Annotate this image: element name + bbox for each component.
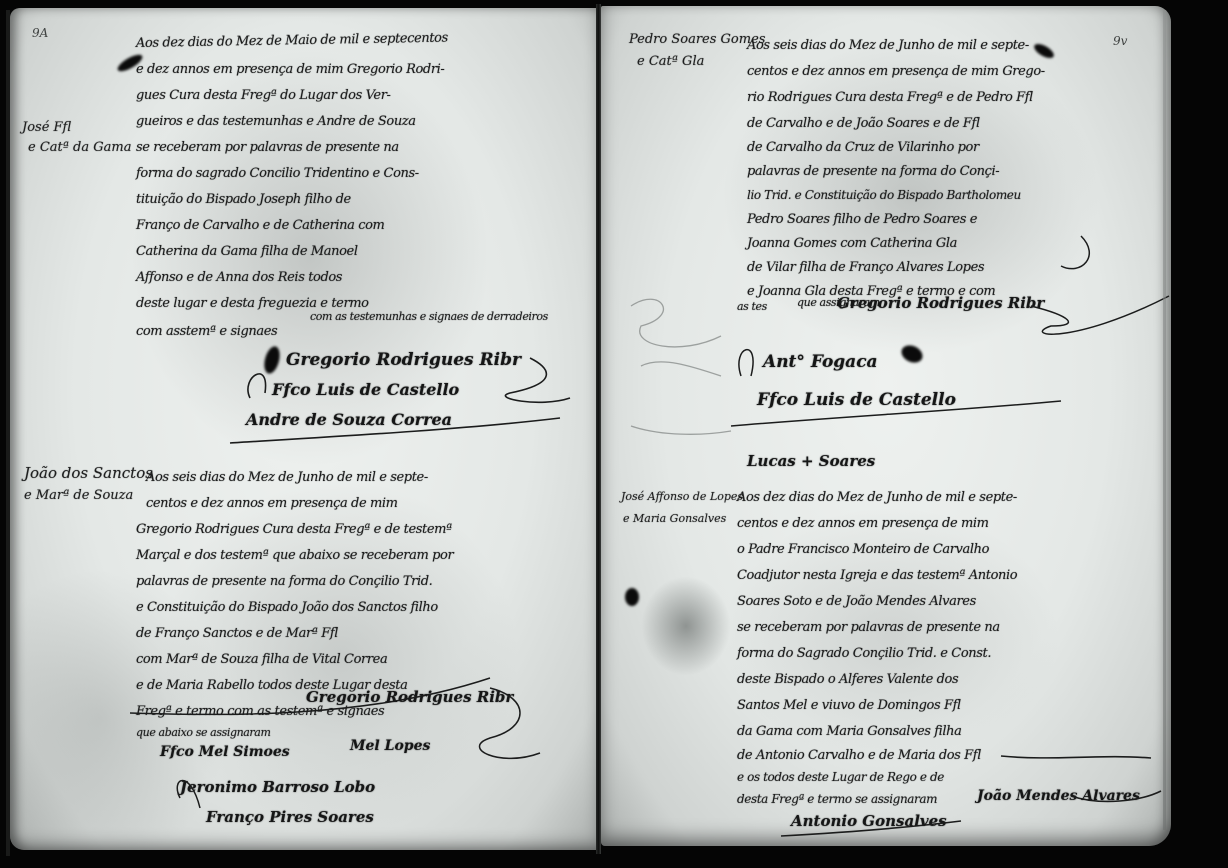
signature-flourish-icon [721,746,1171,846]
margin-note-groom: José Ffl [22,120,71,135]
entry-line: Gregorio Rodrigues Cura desta Fregª e de… [136,522,452,537]
signature-flourish-icon [110,658,550,838]
margin-note-bride: e Catª Gla [637,54,704,69]
entry-line: deste lugar e desta freguezia e termo [136,296,369,311]
entry-line: e dez annos em presença de mim Gregorio … [136,62,444,77]
margin-note-groom: João dos Sanctos [24,464,153,482]
ink-blot [625,588,639,606]
entry-line: com as testemunhas e signaes de derradei… [310,310,548,323]
entry-line: com asstemª e signaes [136,324,277,339]
entry-line: Soares Soto e de João Mendes Alvares [737,594,976,609]
microfilm-frame-edge [6,10,10,856]
entry-line: forma do sagrado Concilio Tridentino e C… [136,166,419,181]
right-page: 9v Pedro Soares Gomes e Catª Gla Aos sei… [601,6,1171,846]
entry-line: palavras de presente na forma do Conçi- [747,164,999,179]
left-page: 9A José Ffl e Catª da Gama Aos dez dias … [10,8,598,850]
entry-line: gueiros e das testemunhas e Andre de Sou… [136,114,416,129]
entry-line: lio Trid. e Constituição do Bispado Bart… [747,188,1021,202]
entry-line: Marçal e dos testemª que abaixo se receb… [136,548,453,563]
entry-line: Affonso e de Anna dos Reis todos [136,270,342,285]
entry-line: deste Bispado o Alferes Valente dos [737,672,958,687]
entry-line: Aos dez dias do Mez de Maio de mil e sep… [136,31,448,51]
entry-line: Franço de Carvalho e de Catherina com [136,218,384,233]
entry-line: gues Cura desta Fregª do Lugar dos Ver- [136,88,391,103]
entry-line: Aos dez dias do Mez de Junho de mil e se… [737,490,1017,505]
folio-mark: 9v [1113,34,1127,48]
entry-line: Catherina da Gama filha de Manoel [136,244,358,259]
faint-bleed-signature-icon [621,286,741,446]
entry-line: centos e dez annos em presença de mim Gr… [747,64,1045,79]
entry-line: e Constituição do Bispado João dos Sanct… [136,600,438,615]
entry-line: se receberam por palavras de presente na [136,140,399,155]
margin-note-bride: e Maria Gonsalves [623,512,726,525]
margin-note-groom: José Affonso de Lopes [621,490,743,503]
entry-line: se receberam por palavras de presente na [737,620,1000,635]
entry-line: Coadjutor nesta Igreja e das testemª Ant… [737,568,1017,583]
entry-line: Aos seis dias do Mez de Junho de mil e s… [146,470,428,485]
entry-line: centos e dez annos em presença de mim [146,496,398,511]
folio-mark: 9A [32,26,48,40]
entry-line: da Gama com Maria Gonsalves filha [737,724,962,739]
margin-note-bride: e Marª de Souza [24,488,133,503]
entry-line: Pedro Soares filho de Pedro Soares e [747,212,977,227]
entry-line: de Franço Sanctos e de Marª Ffl [136,626,338,641]
entry-line: Santos Mel e viuvo de Domingos Ffl [737,698,961,713]
entry-line: tituição do Bispado Joseph filho de [136,192,351,207]
signature-flourish-icon [701,226,1171,466]
entry-line: o Padre Francisco Monteiro de Carvalho [737,542,989,557]
entry-line: de Carvalho da Cruz de Vilarinho por [747,140,979,155]
entry-line: Aos seis dias do Mez de Junho de mil e s… [747,38,1029,53]
entry-line: centos e dez annos em presença de mim [737,516,989,531]
margin-note-groom: Pedro Soares Gomes [629,32,765,47]
page-edge [1163,10,1166,830]
margin-note-bride: e Catª da Gama [28,140,131,155]
signature-flourish-icon [210,338,590,458]
entry-line: palavras de presente na forma do Conçili… [136,574,432,589]
entry-line: rio Rodrigues Cura desta Fregª e de Pedr… [747,90,1033,105]
manuscript-spread: 9A José Ffl e Catª da Gama Aos dez dias … [0,0,1228,868]
water-stain [641,576,731,676]
entry-line: de Carvalho e de João Soares e de Ffl [747,116,980,131]
entry-line: forma do Sagrado Conçilio Trid. e Const. [737,646,991,661]
